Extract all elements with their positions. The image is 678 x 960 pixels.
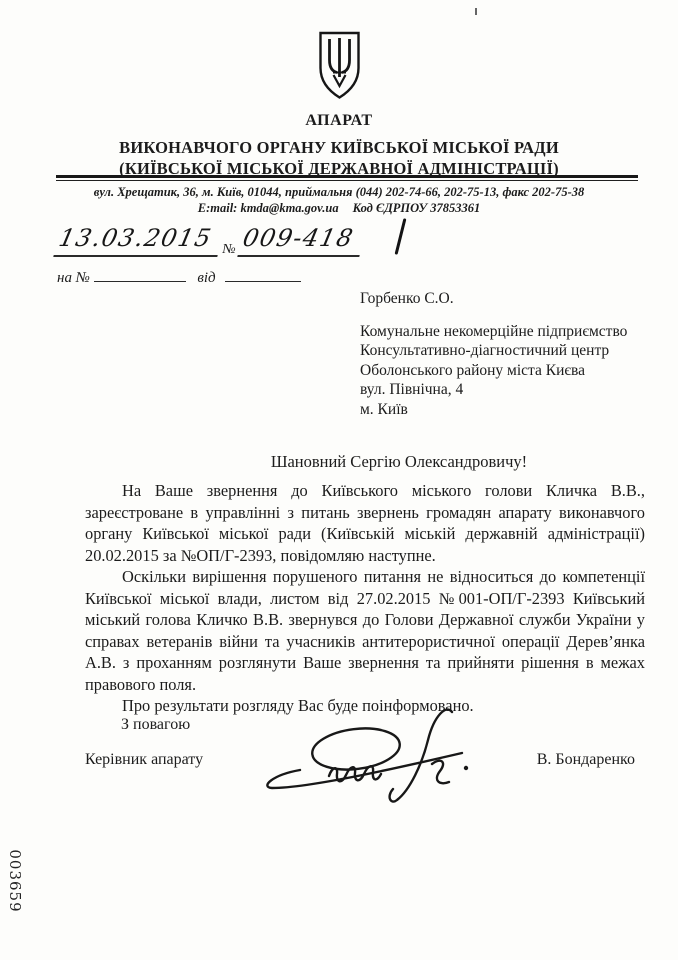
vertical-doc-number: 003659 [6, 846, 24, 916]
org-name-line1: ВИКОНАВЧОГО ОРГАНУ КИЇВСЬКОЇ МІСЬКОЇ РАД… [0, 137, 678, 158]
reply-from-label: від [197, 270, 215, 286]
pen-stroke-mark [395, 218, 407, 255]
body-paragraph: Оскільки вирішення порушеного питання не… [85, 566, 645, 695]
letterhead-divider [56, 175, 638, 181]
reply-prefix: на № [57, 270, 90, 286]
recipient-street: вул. Північна, 4 [360, 380, 627, 400]
recipient-name: Горбенко С.О. [360, 289, 627, 309]
reply-number-blank [94, 268, 186, 282]
reply-date-blank [225, 268, 301, 282]
recipient-org-line: Консультативно-діагностичний центр [360, 341, 627, 361]
org-title: АПАРАТ [0, 112, 678, 130]
contact-edrpou-code: Код ЄДРПОУ 37853361 [353, 201, 481, 215]
contact-line2: E:mail: kmda@kma.gov.uaКод ЄДРПОУ 378533… [0, 201, 678, 217]
handwritten-date: 13.03.2015 [53, 222, 225, 257]
outgoing-reference-row: 13.03.2015№ 009-418 [57, 222, 363, 257]
recipient-org-line: Оболонського району міста Києва [360, 361, 627, 381]
letterhead: АПАРАТ ВИКОНАВЧОГО ОРГАНУ КИЇВСЬКОЇ МІСЬ… [0, 0, 678, 179]
ukraine-tryzub-icon [316, 30, 363, 106]
reply-reference-row: на № від [57, 268, 301, 287]
contact-email: E:mail: kmda@kma.gov.ua [198, 201, 339, 215]
recipient-org-line: Комунальне некомерційне підприємство [360, 322, 627, 342]
scan-speck [475, 8, 477, 15]
recipient-block: Горбенко С.О. Комунальне некомерційне пі… [360, 289, 627, 419]
handwritten-number: 009-418 [237, 222, 367, 257]
number-sign: № [222, 242, 235, 257]
closing-regards: З повагою [121, 716, 190, 734]
contact-block: вул. Хрещатик, 36, м. Київ, 01044, прийм… [0, 185, 678, 216]
recipient-city: м. Київ [360, 400, 627, 420]
letter-body: На Ваше звернення до Київського міського… [85, 480, 645, 717]
salutation: Шановний Сергію Олександровичу! [120, 452, 678, 472]
body-paragraph: На Ваше звернення до Київського міського… [85, 480, 645, 566]
signature-image [256, 696, 506, 813]
signer-name: В. Бондаренко [537, 751, 635, 769]
signer-title: Керівник апарату [85, 751, 203, 769]
scanned-letter-page: АПАРАТ ВИКОНАВЧОГО ОРГАНУ КИЇВСЬКОЇ МІСЬ… [0, 0, 678, 960]
contact-address: вул. Хрещатик, 36, м. Київ, 01044, прийм… [0, 185, 678, 201]
